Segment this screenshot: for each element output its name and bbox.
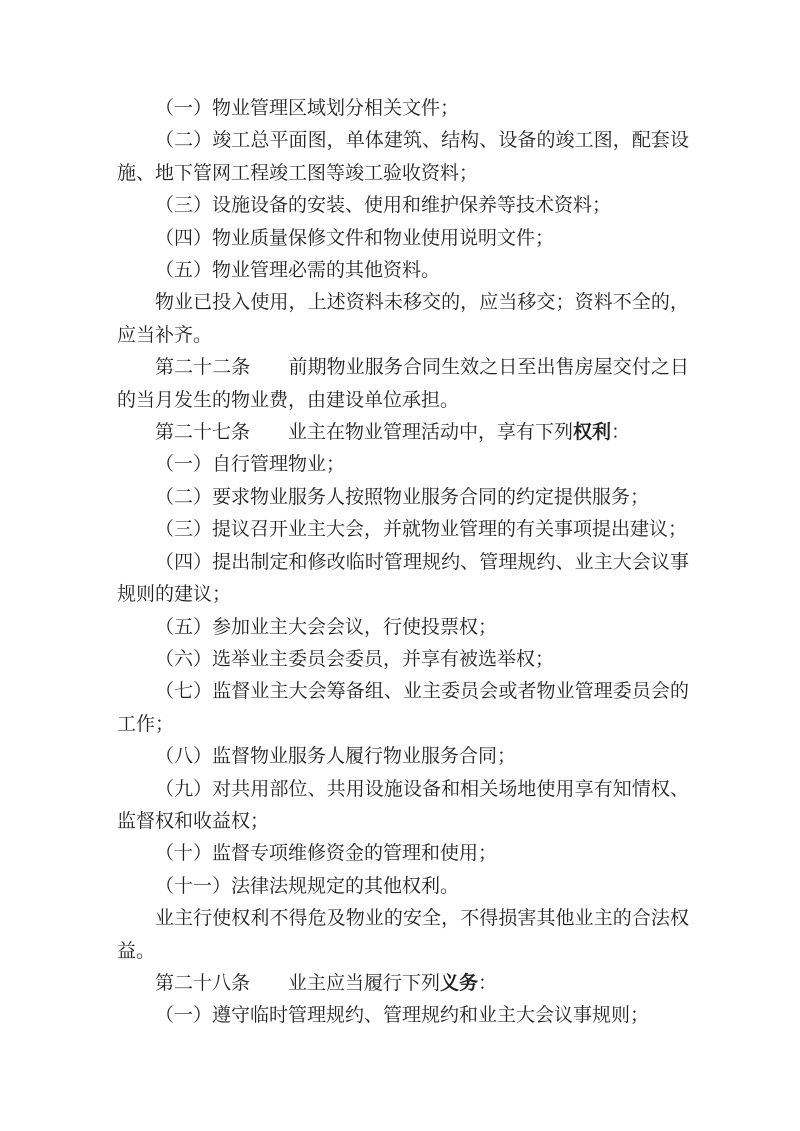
paragraph-handover-supplement: 物业已投入使用，上述资料未移交的，应当移交；资料不全的，应当补齐。 — [117, 287, 689, 352]
article-27-heading: 第二十七条 业主在物业管理活动中，享有下列权利： — [117, 417, 689, 449]
article-27-bold-term: 权利 — [573, 422, 611, 443]
document-page: （一）物业管理区域划分相关文件； （二）竣工总平面图，单体建筑、结构、设备的竣工… — [0, 0, 800, 1131]
list-item-handover-5: （五）物业管理必需的其他资料。 — [117, 255, 689, 287]
article-28-bold-term: 义务 — [440, 973, 478, 994]
article-27-colon: ： — [611, 422, 630, 443]
paragraph-rights-limit: 业主行使权利不得危及物业的安全，不得损害其他业主的合法权益。 — [117, 903, 689, 968]
list-item-duty-1: （一）遵守临时管理规约、管理规约和业主大会议事规则； — [117, 1000, 689, 1032]
article-28-heading: 第二十八条 业主应当履行下列义务： — [117, 968, 689, 1000]
list-item-handover-3: （三）设施设备的安装、使用和维护保养等技术资料； — [117, 190, 689, 222]
article-22: 第二十二条 前期物业服务合同生效之日至出售房屋交付之日的当月发生的物业费，由建设… — [117, 352, 689, 417]
list-item-right-4: （四）提出制定和修改临时管理规约、管理规约、业主大会议事规则的建议； — [117, 547, 689, 612]
list-item-handover-2: （二）竣工总平面图，单体建筑、结构、设备的竣工图，配套设施、地下管网工程竣工图等… — [117, 125, 689, 190]
article-28-colon: ： — [478, 973, 497, 994]
list-item-handover-4: （四）物业质量保修文件和物业使用说明文件； — [117, 223, 689, 255]
list-item-right-11: （十一）法律法规规定的其他权利。 — [117, 871, 689, 903]
list-item-right-1: （一）自行管理物业； — [117, 449, 689, 481]
list-item-right-10: （十）监督专项维修资金的管理和使用； — [117, 838, 689, 870]
article-28-text: 第二十八条 业主应当履行下列 — [155, 973, 440, 994]
list-item-right-5: （五）参加业主大会会议，行使投票权； — [117, 612, 689, 644]
list-item-right-9: （九）对共用部位、共用设施设备和相关场地使用享有知情权、监督权和收益权； — [117, 774, 689, 839]
list-item-handover-1: （一）物业管理区域划分相关文件； — [117, 93, 689, 125]
list-item-right-3: （三）提议召开业主大会，并就物业管理的有关事项提出建议； — [117, 514, 689, 546]
article-27-text: 第二十七条 业主在物业管理活动中，享有下列 — [155, 422, 573, 443]
list-item-right-8: （八）监督物业服务人履行物业服务合同； — [117, 741, 689, 773]
list-item-right-2: （二）要求物业服务人按照物业服务合同的约定提供服务； — [117, 482, 689, 514]
list-item-right-7: （七）监督业主大会筹备组、业主委员会或者物业管理委员会的工作； — [117, 676, 689, 741]
list-item-right-6: （六）选举业主委员会委员，并享有被选举权； — [117, 644, 689, 676]
